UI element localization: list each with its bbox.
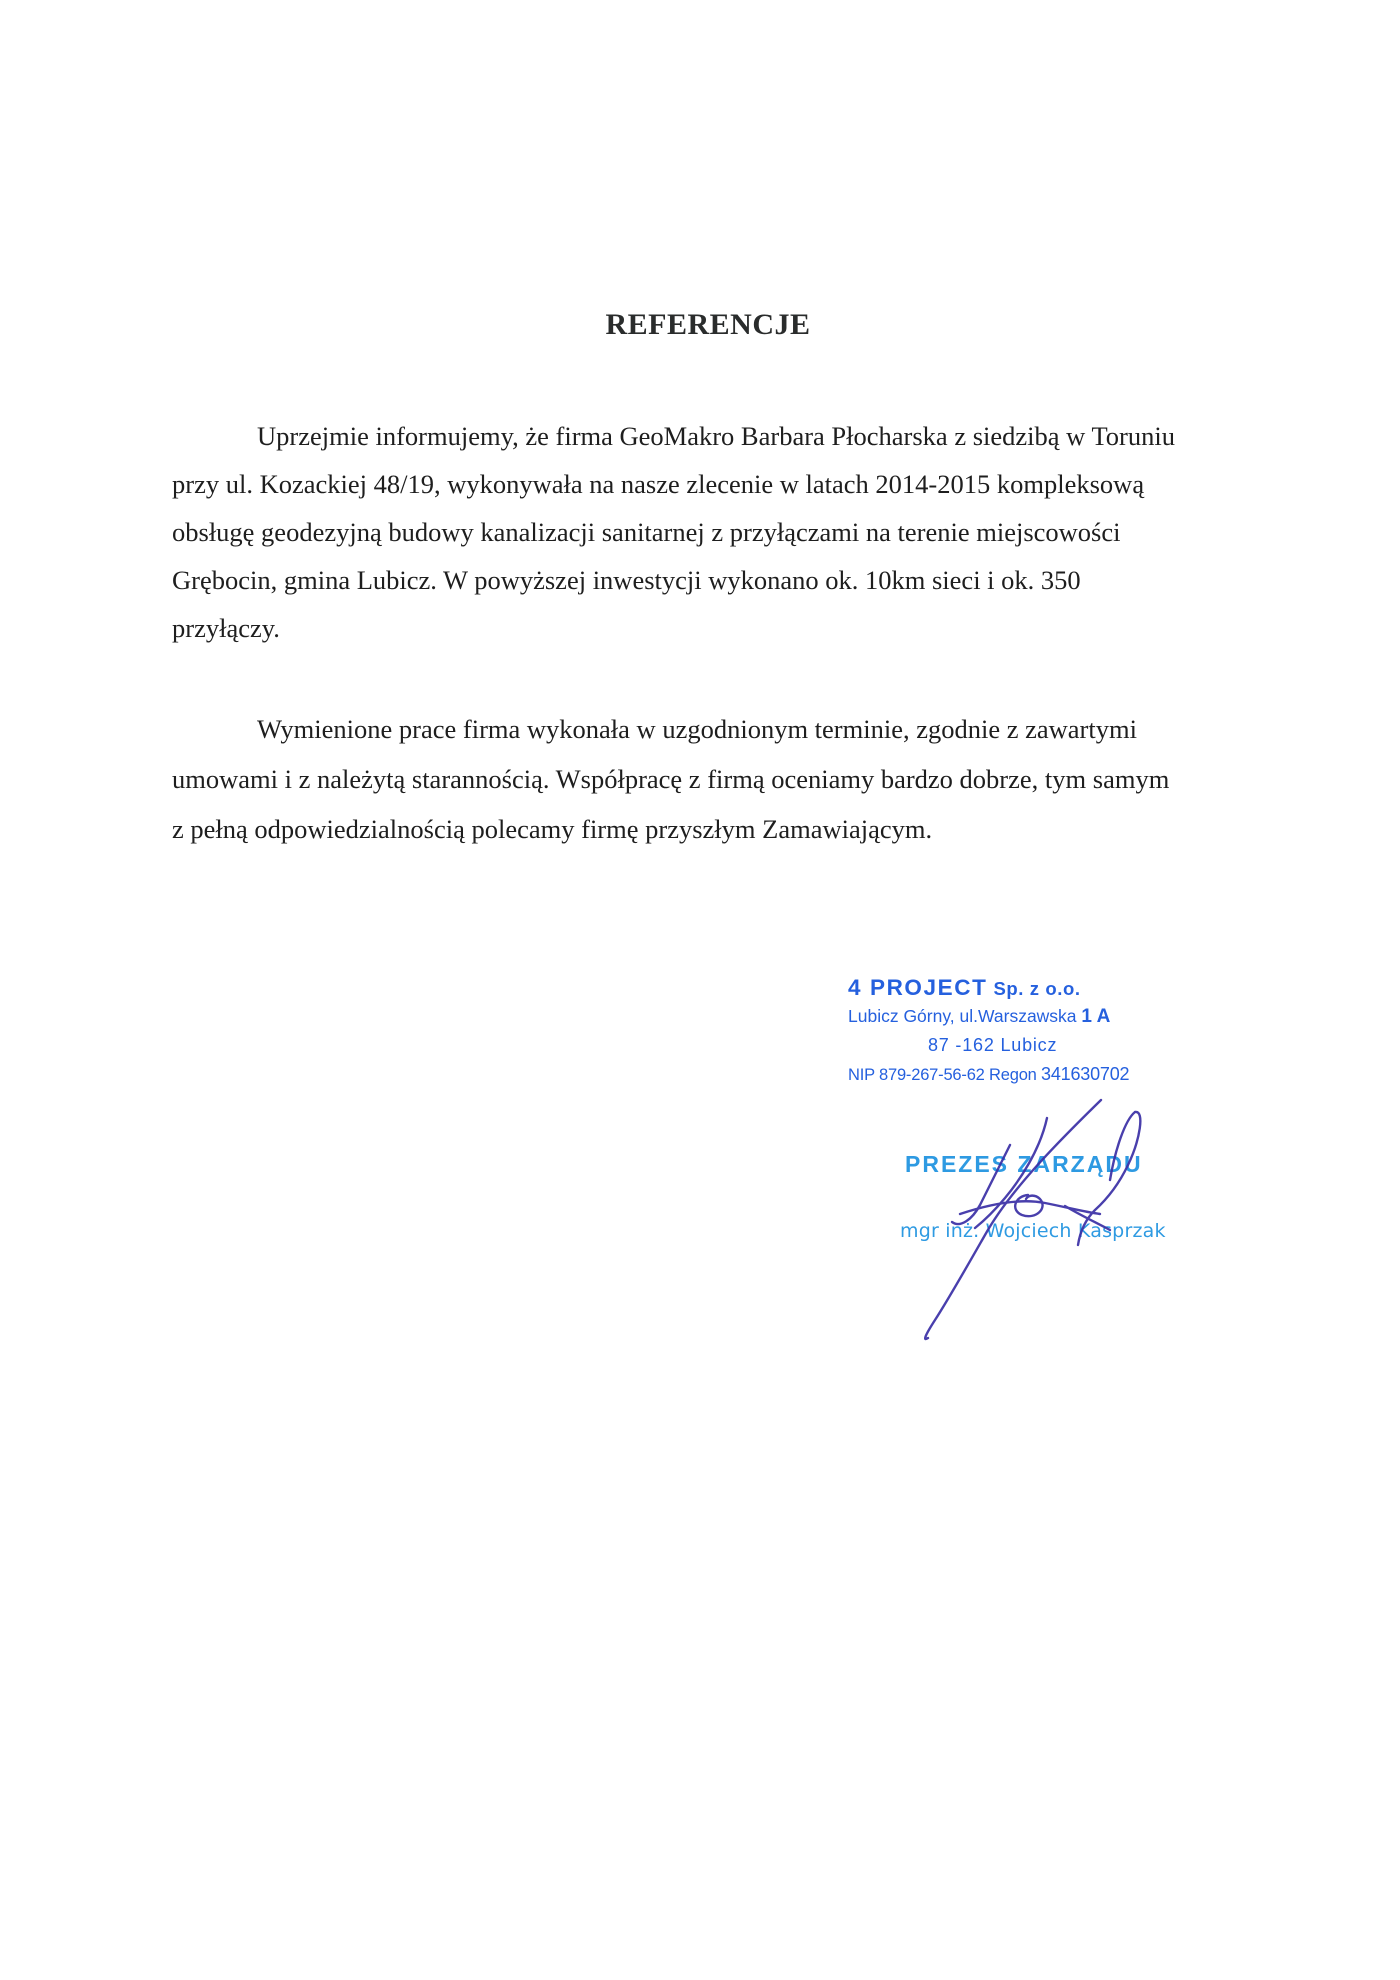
stamp-company-name: 4 PROJECT <box>848 975 987 1000</box>
document-page: REFERENCJE Uprzejmie informujemy, że fir… <box>0 0 1400 1980</box>
paragraph-1-line-1: Uprzejmie informujemy, że firma GeoMakro… <box>172 412 1272 460</box>
stamp-address-line: Lubicz Górny, ul.Warszawska 1 A <box>848 1002 1168 1031</box>
stamp-regon-number: 341630702 <box>1041 1064 1129 1084</box>
stamp-company-form: Sp. z o.o. <box>993 978 1080 999</box>
paragraph-2-line-3: z pełną odpowiedzialnością polecamy firm… <box>172 804 1272 854</box>
stamp-ids-line: NIP 879-267-56-62 Regon 341630702 <box>848 1060 1168 1089</box>
paragraph-2: Wymienione prace firma wykonała w uzgodn… <box>172 704 1272 854</box>
stamp-company-line: 4 PROJECTSp. z o.o. <box>848 974 1168 1002</box>
stamp-address-city: 87 -162 Lubicz <box>848 1031 1168 1060</box>
paragraph-2-line-2: umowami i z należytą starannością. Współ… <box>172 754 1272 804</box>
handwritten-signature-icon <box>0 0 1400 1980</box>
signatory-role-stamp: PREZES ZARZĄDU <box>905 1150 1143 1178</box>
signatory-name-stamp: mgr inż. Wojciech Kasprzak <box>900 1218 1166 1244</box>
document-title: REFERENCJE <box>0 307 1400 343</box>
company-stamp: 4 PROJECTSp. z o.o. Lubicz Górny, ul.War… <box>848 974 1168 1089</box>
stamp-address-number: 1 A <box>1081 1006 1110 1027</box>
paragraph-1-line-3: obsługę geodezyjną budowy kanalizacji sa… <box>172 508 1272 556</box>
paragraph-1: Uprzejmie informujemy, że firma GeoMakro… <box>172 412 1272 652</box>
paragraph-1-line-2: przy ul. Kozackiej 48/19, wykonywała na … <box>172 460 1272 508</box>
paragraph-1-line-4: Grębocin, gmina Lubicz. W powyższej inwe… <box>172 556 1272 604</box>
stamp-address-street: Lubicz Górny, ul.Warszawska <box>848 1006 1077 1026</box>
stamp-nip-regon-label: NIP 879-267-56-62 Regon <box>848 1066 1037 1084</box>
paragraph-1-line-5: przyłączy. <box>172 604 1272 652</box>
paragraph-2-line-1: Wymienione prace firma wykonała w uzgodn… <box>172 704 1272 754</box>
